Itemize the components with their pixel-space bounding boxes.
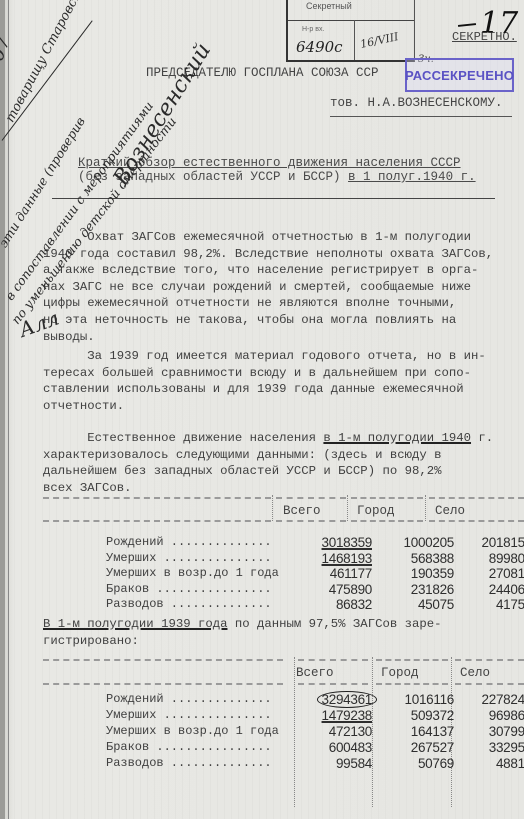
p3-underlined-period: в 1-м полугодии 1940 — [323, 431, 471, 445]
column-separator — [272, 495, 273, 521]
cell-total: 99584 — [302, 756, 372, 771]
cell-village-value: 270818 — [489, 566, 524, 581]
cell-city-value: 267527 — [411, 740, 454, 755]
title-line2-period: в 1 полуг.1940 г. — [348, 170, 476, 184]
cell-total: 600483 — [302, 740, 372, 755]
registration-number: 6490с — [296, 38, 343, 56]
row-label: Умерших в возр.до 1 года — [106, 724, 279, 738]
cell-village-value: 307993 — [489, 724, 524, 739]
table-rule — [43, 683, 283, 685]
table-rule — [43, 659, 283, 661]
cell-total: 3294361 — [302, 692, 372, 707]
table-1940: Всего Город Село Рождений ..............… — [43, 497, 524, 617]
document-page: Секретный Н-р вх. 6490с 16/VIII 3ч. СЕКР… — [0, 0, 524, 819]
table-row: Разводов ..............868324507541757 — [106, 597, 524, 613]
registration-stamp: Секретный Н-р вх. 6490с 16/VIII — [286, 0, 415, 62]
cell-village: 899805 — [462, 551, 524, 566]
cell-village-value: 2018154 — [482, 535, 524, 550]
cell-total: 472130 — [302, 724, 372, 739]
table-row: Разводов ..............995845076948815 — [106, 756, 524, 772]
table-row: Умерших ...............14792385093729698… — [106, 708, 524, 724]
cell-city-value: 1016116 — [405, 692, 454, 707]
cell-village: 332956 — [462, 740, 524, 755]
cell-total-value: 475890 — [329, 582, 372, 597]
table-row: Браков ................60048326752733295… — [106, 740, 524, 756]
cell-total-value: 600483 — [329, 740, 372, 755]
paragraph-1939-intro: В 1-м полугодии 1939 года по данным 97,5… — [43, 616, 523, 649]
cell-village: 307993 — [462, 724, 524, 739]
table-row: Браков ................47589023182624406… — [106, 582, 524, 598]
marginalia-addressee: товарищу Старовскому — [3, 0, 97, 125]
table-rule — [298, 683, 368, 685]
cell-village: 270818 — [462, 566, 524, 581]
cell-total-value: 3294361 — [317, 691, 377, 708]
cell-village: 2018154 — [462, 535, 524, 550]
row-label: Умерших ............... — [106, 551, 272, 565]
paragraph-coverage: Охват ЗАГСов ежемесячной отчетностью в 1… — [43, 229, 523, 345]
cell-village-value: 48815 — [496, 756, 524, 771]
cell-city-value: 50769 — [418, 756, 454, 771]
cell-village: 41757 — [462, 597, 524, 612]
table-rule — [429, 520, 524, 522]
cell-total: 1468193 — [302, 551, 372, 566]
table-rule — [276, 497, 346, 499]
cell-city: 45075 — [384, 597, 454, 612]
cell-total-value: 461177 — [330, 566, 372, 581]
registration-stamp-subtitle: Н-р вх. — [302, 26, 324, 33]
table-1939: Всего Город Село Рождений ..............… — [43, 659, 524, 789]
cell-village-value: 244064 — [489, 582, 524, 597]
table-rule — [43, 520, 271, 522]
column-header-village: Село — [435, 504, 465, 518]
row-label: Разводов .............. — [106, 756, 272, 770]
declassified-stamp: РАССЕКРЕЧЕНО — [405, 58, 514, 92]
cell-village: 48815 — [462, 756, 524, 771]
column-separator — [425, 495, 426, 521]
column-header-total: Всего — [296, 666, 334, 680]
scan-edge-line — [8, 0, 9, 819]
cell-city: 231826 — [384, 582, 454, 597]
table-row: Умерших ...............14681935683888998… — [106, 551, 524, 567]
row-label: Браков ................ — [106, 582, 272, 596]
row-label: Браков ................ — [106, 740, 272, 754]
cell-total: 1479238 — [302, 708, 372, 723]
cell-city: 1016116 — [384, 692, 454, 707]
cell-village: 969866 — [462, 708, 524, 723]
cell-total: 461177 — [302, 566, 372, 581]
table-row: Рождений ..............32943611016116227… — [106, 692, 524, 708]
cell-total-value: 86832 — [336, 597, 372, 612]
table-rule — [376, 659, 448, 661]
stamp-rule — [288, 20, 414, 21]
scan-edge — [0, 0, 5, 819]
cell-total: 3018359 — [302, 535, 372, 550]
cell-village-value: 332956 — [489, 740, 524, 755]
table-rule — [455, 659, 524, 661]
p3-start: Естественное движение населения — [43, 431, 323, 445]
registration-stamp-title: Секретный — [306, 1, 352, 11]
table-row: Умерших в возр.до 1 года4611771903592708… — [106, 566, 524, 582]
cell-village: 2278245 — [462, 692, 524, 707]
table-rule — [455, 683, 524, 685]
column-header-city: Город — [381, 666, 419, 680]
cell-total-value: 3018359 — [322, 535, 372, 550]
cell-city: 568388 — [384, 551, 454, 566]
cell-city-value: 1000205 — [404, 535, 454, 550]
addressee-rule — [330, 116, 512, 117]
column-header-city: Город — [357, 504, 395, 518]
cell-city: 164137 — [384, 724, 454, 739]
row-label: Умерших в возр.до 1 года — [106, 566, 279, 580]
column-header-total: Всего — [283, 504, 321, 518]
cell-village: 244064 — [462, 582, 524, 597]
cell-total: 475890 — [302, 582, 372, 597]
table-rule — [43, 497, 271, 499]
cell-city-value: 164137 — [411, 724, 454, 739]
cell-total-value: 472130 — [329, 724, 372, 739]
cell-total-value: 99584 — [336, 756, 372, 771]
cell-village-value: 2278245 — [482, 692, 524, 707]
row-label: Рождений .............. — [106, 535, 272, 549]
column-header-village: Село — [460, 666, 490, 680]
row-label: Рождений .............. — [106, 692, 272, 706]
cell-total-value: 1468193 — [322, 551, 372, 566]
cell-city: 190359 — [384, 566, 454, 581]
cell-city: 1000205 — [384, 535, 454, 550]
cell-total-value: 1479238 — [322, 708, 372, 723]
paragraph-1939-data: За 1939 год имеется материал годового от… — [43, 348, 523, 414]
registration-date: 16/VIII — [359, 30, 400, 51]
cell-village-value: 41757 — [496, 597, 524, 612]
cell-city: 267527 — [384, 740, 454, 755]
cell-city-value: 45075 — [418, 597, 454, 612]
cell-city-value: 509372 — [411, 708, 454, 723]
cell-city-value: 190359 — [411, 566, 454, 581]
table-rule — [429, 497, 524, 499]
cell-total: 86832 — [302, 597, 372, 612]
p4-underlined-period: В 1-м полугодии 1939 года — [43, 617, 227, 631]
page-number: 17 — [480, 6, 518, 41]
paragraph-natural-movement: Естественное движение населения в 1-м по… — [43, 430, 523, 496]
cell-city: 50769 — [384, 756, 454, 771]
row-label: Умерших ............... — [106, 708, 272, 722]
stamp-divider — [354, 20, 355, 60]
cell-city-value: 568388 — [411, 551, 454, 566]
table-row: Умерших в возр.до 1 года4721301641373079… — [106, 724, 524, 740]
cell-city: 509372 — [384, 708, 454, 723]
addressee-name: тов. Н.А.ВОЗНЕСЕНСКОМУ. — [330, 96, 503, 110]
table-rule — [351, 520, 423, 522]
table-rule — [376, 683, 448, 685]
cell-village-value: 899805 — [489, 551, 524, 566]
column-separator — [347, 495, 348, 521]
table-rule — [298, 659, 368, 661]
table-row: Рождений ..............30183591000205201… — [106, 535, 524, 551]
row-label: Разводов .............. — [106, 597, 272, 611]
table-rule — [276, 520, 346, 522]
cell-city-value: 231826 — [411, 582, 454, 597]
table-rule — [351, 497, 423, 499]
cell-village-value: 969866 — [489, 708, 524, 723]
